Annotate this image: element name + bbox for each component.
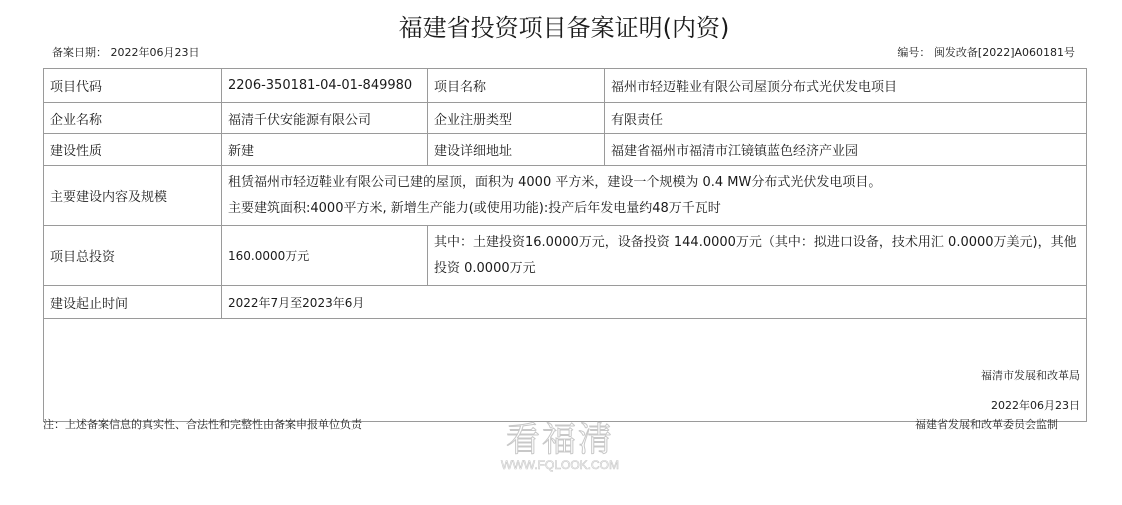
project-name-value: 福州市轻迈鞋业有限公司屋顶分布式光伏发电项目: [605, 69, 1087, 103]
document-title: 福建省投资项目备案证明(内资): [0, 8, 1122, 43]
period-value: 2022年7月至2023年6月: [222, 286, 1087, 319]
filing-date-label: 备案日期：: [52, 46, 107, 59]
table-row: 建设起止时间 2022年7月至2023年6月: [44, 286, 1087, 319]
document-number: 编号： 闽发改备[2022]A060181号: [897, 44, 1075, 60]
issue-date: 2022年06月23日: [50, 397, 1080, 413]
address-value: 福建省福州市福清市江镜镇蓝色经济产业园: [605, 134, 1087, 166]
investment-detail: 其中：土建投资16.0000万元，设备投资 144.0000万元（其中：拟进口设…: [428, 226, 1087, 286]
table-row: 福清市发展和改革局 2022年06月23日: [44, 319, 1087, 422]
scope-label: 主要建设内容及规模: [44, 166, 222, 226]
table-row: 企业名称 福清千伏安能源有限公司 企业注册类型 有限责任: [44, 103, 1087, 134]
record-certificate-page: 福建省投资项目备案证明(内资) 备案日期： 2022年06月23日 编号： 闽发…: [0, 0, 1122, 505]
signature-block: 福清市发展和改革局 2022年06月23日: [44, 319, 1087, 422]
watermark-logo: 看福清 WWW.FQLOOK.COM: [490, 422, 630, 472]
table-row: 建设性质 新建 建设详细地址 福建省福州市福清市江镜镇蓝色经济产业园: [44, 134, 1087, 166]
address-label: 建设详细地址: [428, 134, 605, 166]
table-row: 项目代码 2206-350181-04-01-849980 项目名称 福州市轻迈…: [44, 69, 1087, 103]
watermark-chinese-text: 看福清: [490, 422, 630, 458]
total-investment-label: 项目总投资: [44, 226, 222, 286]
construction-nature-label: 建设性质: [44, 134, 222, 166]
table-row: 主要建设内容及规模 租赁福州市轻迈鞋业有限公司已建的屋顶，面积为 4000 平方…: [44, 166, 1087, 226]
document-number-label: 编号：: [897, 46, 930, 59]
total-investment-value: 160.0000万元: [222, 226, 428, 286]
period-label: 建设起止时间: [44, 286, 222, 319]
scope-value: 租赁福州市轻迈鞋业有限公司已建的屋顶，面积为 4000 平方米，建设一个规模为 …: [222, 166, 1087, 226]
company-name-label: 企业名称: [44, 103, 222, 134]
construction-nature-value: 新建: [222, 134, 428, 166]
document-number-value: 闽发改备[2022]A060181号: [934, 46, 1075, 59]
company-type-label: 企业注册类型: [428, 103, 605, 134]
company-type-value: 有限责任: [605, 103, 1087, 134]
scope-line-2: 主要建筑面积:4000平方米, 新增生产能力(或使用功能):投产后年发电量约48…: [228, 196, 1080, 222]
project-code-label: 项目代码: [44, 69, 222, 103]
filing-date: 备案日期： 2022年06月23日: [52, 44, 200, 60]
supervisor-text: 福建省发展和改革委员会监制: [915, 416, 1058, 432]
disclaimer-note: 注：上述备案信息的真实性、合法性和完整性由备案申报单位负责: [43, 416, 362, 432]
company-name-value: 福清千伏安能源有限公司: [222, 103, 428, 134]
table-row: 项目总投资 160.0000万元 其中：土建投资16.0000万元，设备投资 1…: [44, 226, 1087, 286]
scope-line-1: 租赁福州市轻迈鞋业有限公司已建的屋顶，面积为 4000 平方米，建设一个规模为 …: [228, 170, 1080, 196]
project-name-label: 项目名称: [428, 69, 605, 103]
record-table: 项目代码 2206-350181-04-01-849980 项目名称 福州市轻迈…: [43, 68, 1087, 422]
watermark-url-text: WWW.FQLOOK.COM: [490, 458, 630, 472]
project-code-value: 2206-350181-04-01-849980: [222, 69, 428, 103]
filing-date-value: 2022年06月23日: [111, 46, 200, 59]
issuing-authority: 福清市发展和改革局: [50, 367, 1080, 383]
